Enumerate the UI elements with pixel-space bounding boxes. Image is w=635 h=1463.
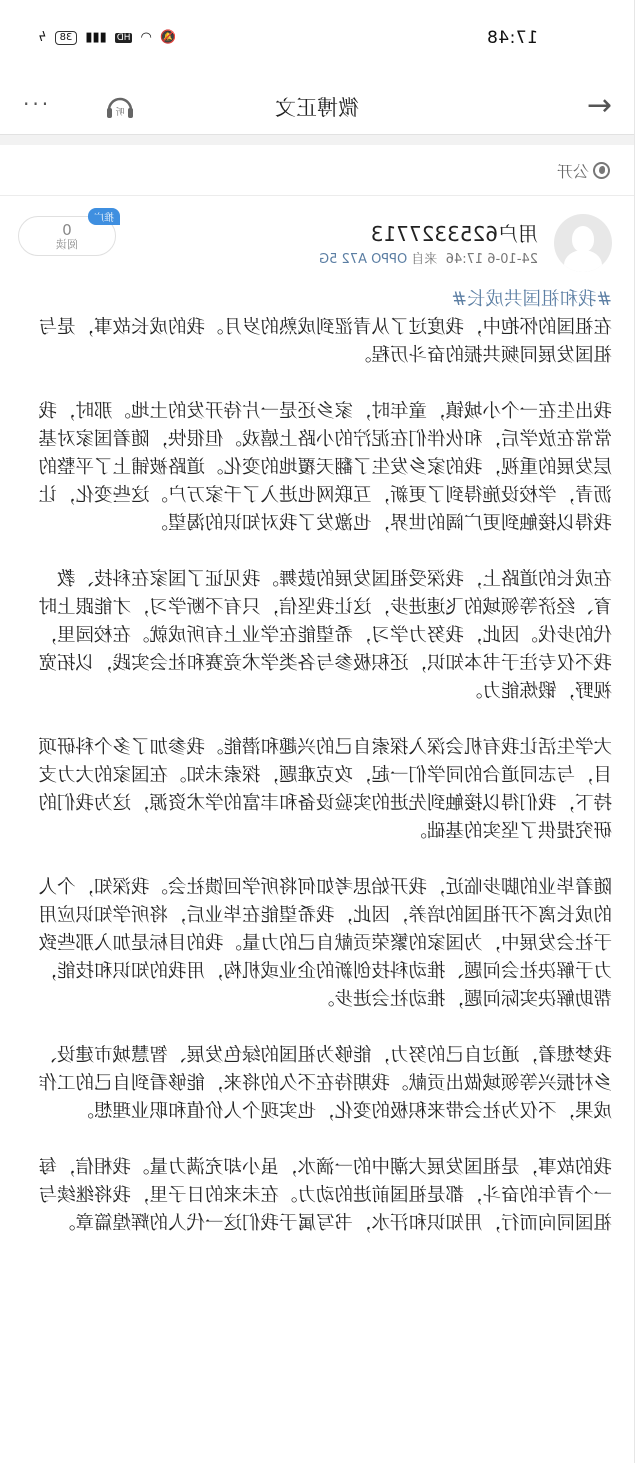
battery-icon: 38 bbox=[55, 31, 78, 45]
headphones-listen-icon[interactable]: 听 bbox=[105, 92, 135, 120]
avatar-head-icon bbox=[572, 226, 594, 252]
post-paragraph: 我出生在一个小城镇，童年时，家乡还是一片待开发的土地。那时，我常常在放学后，和伙… bbox=[24, 398, 612, 538]
status-bar: 17:48 🔕 ◠ HD ▮▮▮ 38 ϟ bbox=[0, 0, 634, 80]
visibility-label: 公开 bbox=[557, 159, 589, 182]
nav-bar: ← 微博正文 听 ··· bbox=[0, 80, 634, 135]
post-paragraph: 在祖国的怀抱中，我度过了从青涩到成熟的岁月。我的成长故事，是与祖国发展同频共振的… bbox=[24, 314, 612, 370]
post-meta: 24-10-6 17:46 来自 OPPO A72 5G bbox=[319, 248, 538, 267]
post-content: #我和祖国共成长# 在祖国的怀抱中，我度过了从青涩到成熟的岁月。我的成长故事，是… bbox=[0, 286, 634, 1238]
post-paragraph: 大学生活让我有机会深入探索自己的兴趣和潜能。我参加了多个科研项目，与志同道合的同… bbox=[24, 734, 612, 846]
read-label: 阅读 bbox=[19, 238, 115, 251]
hd-icon: HD bbox=[115, 33, 133, 43]
avatar-body-icon bbox=[564, 250, 602, 272]
post-paragraph: 在成长的道路上，我深受祖国发展的鼓舞。我见证了国家在科技、教育、经济等领域的飞速… bbox=[24, 566, 612, 706]
mute-icon: 🔕 bbox=[160, 30, 176, 45]
post-source: OPPO A72 5G bbox=[319, 252, 407, 267]
post-paragraph: 随着毕业的脚步临近，我开始思考如何将所学回馈社会。我深知，个人的成长离不开祖国的… bbox=[24, 874, 612, 1014]
author-name[interactable]: 用户6253327713 bbox=[371, 218, 538, 247]
page-title: 微博正文 bbox=[0, 92, 634, 122]
avatar[interactable] bbox=[554, 214, 612, 272]
globe-icon bbox=[593, 162, 610, 179]
status-icons: 🔕 ◠ HD ▮▮▮ 38 ϟ bbox=[38, 30, 176, 45]
section-gap bbox=[0, 135, 634, 145]
visibility-row: 公开 bbox=[0, 145, 634, 196]
wifi-icon: ◠ bbox=[140, 30, 151, 45]
post-paragraph: 我的故事，是祖国发展大潮中的一滴水，虽小却充满力量。我相信，每一个青年的奋斗，都… bbox=[24, 1154, 612, 1238]
more-menu-button[interactable]: ··· bbox=[20, 92, 48, 116]
promote-badge[interactable]: 推广 bbox=[88, 208, 120, 225]
mirrored-screen: 17:48 🔕 ◠ HD ▮▮▮ 38 ϟ ← 微博正文 听 ··· 公开 bbox=[0, 0, 635, 1463]
source-prefix: 来自 bbox=[411, 252, 437, 267]
author-row: 用户6253327713 24-10-6 17:46 来自 OPPO A72 5… bbox=[0, 196, 634, 286]
hashtag-link[interactable]: #我和祖国共成长# bbox=[24, 286, 612, 314]
svg-text:听: 听 bbox=[115, 106, 124, 118]
post-timestamp: 24-10-6 17:46 bbox=[446, 252, 538, 267]
charging-icon: ϟ bbox=[38, 30, 47, 45]
post-paragraph: 我梦想着，通过自己的努力，能够为祖国的绿色发展、智慧城市建设、乡村振兴等领域做出… bbox=[24, 1042, 612, 1126]
5g-signal-icon: ▮▮▮ bbox=[85, 30, 106, 45]
status-time: 17:48 bbox=[487, 28, 539, 48]
